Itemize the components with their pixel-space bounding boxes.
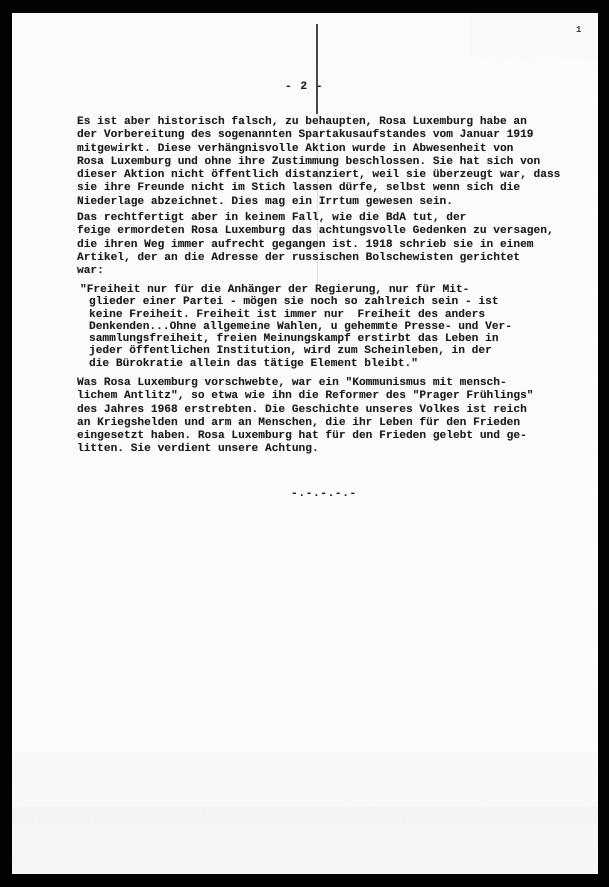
scanned-document-background: 1 - 2 - Es ist aber historisch falsch, z… [0, 0, 609, 887]
paragraph-3: Was Rosa Luxemburg vorschwebte, war ein … [77, 377, 534, 457]
page-number: - 2 - [285, 81, 324, 94]
fold-line [316, 24, 318, 114]
corner-page-mark: 1 [576, 24, 581, 37]
end-separator: -.-.-.-.- [291, 488, 357, 501]
document-page: 1 - 2 - Es ist aber historisch falsch, z… [12, 13, 598, 874]
paragraph-1: Es ist aber historisch falsch, zu behaup… [77, 116, 560, 209]
paragraph-2: Das rechtfertigt aber in keinem Fall, wi… [77, 212, 554, 278]
quote-block: "Freiheit nur für die Anhänger der Regie… [89, 284, 512, 370]
